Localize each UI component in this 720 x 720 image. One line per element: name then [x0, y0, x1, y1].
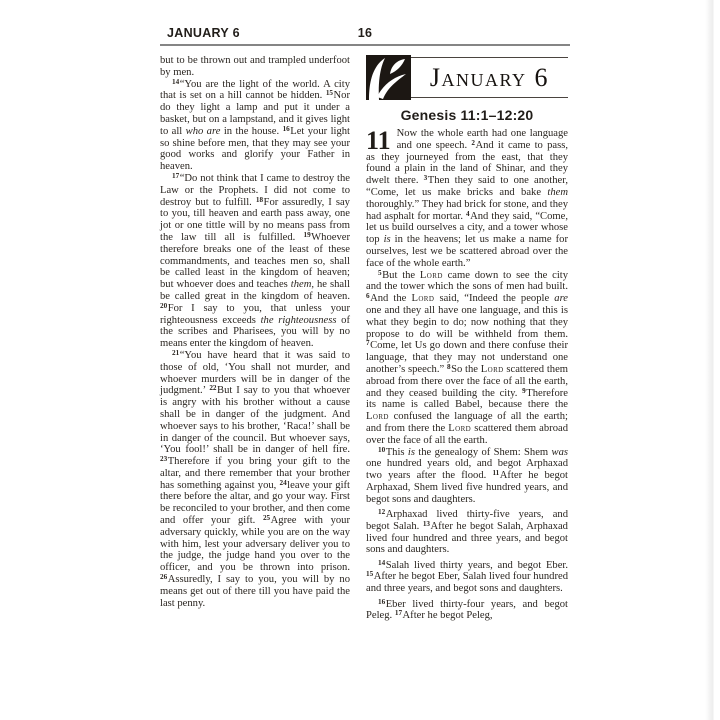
right-column: January 6 Genesis 11:1–12:20 11Now the w… — [366, 55, 568, 622]
verse-paragraph: 16Eber lived thirty-four years, and bego… — [366, 599, 568, 623]
verse-paragraph: but to be thrown out and trampled underf… — [160, 55, 350, 79]
divine-name-small-caps: Lord — [481, 364, 504, 375]
verse-text: After he begot Peleg, — [403, 610, 493, 621]
verse-text: This — [386, 447, 408, 458]
verse-text: “You are the light of the world. A city … — [160, 79, 350, 102]
bible-page: JANUARY 6 16 but to be thrown out and tr… — [160, 26, 570, 622]
verse-number: 14 — [378, 559, 385, 567]
verse-paragraph: 21“You have heard that it was said to th… — [160, 350, 350, 610]
verse-number: 2 — [471, 139, 475, 147]
verse-number: 22 — [209, 384, 216, 392]
verse-number: 20 — [160, 302, 167, 310]
left-column-text: but to be thrown out and trampled underf… — [160, 55, 350, 622]
divine-name-small-caps: Lord — [420, 270, 443, 281]
verse-paragraph: 12Arphaxad lived thirty-five years, and … — [366, 509, 568, 556]
page-edge-shadow — [705, 0, 714, 720]
verse-text: And the — [370, 293, 411, 304]
verse-paragraph: 14“You are the light of the world. A cit… — [160, 79, 350, 173]
verse-number: 25 — [263, 514, 270, 522]
verse-number: 24 — [279, 479, 286, 487]
verse-text: one and they all have one language, and … — [366, 305, 568, 340]
verse-paragraph: 11Now the whole earth had one language a… — [366, 128, 568, 270]
verse-text: in the heavens; let us make a name for o… — [366, 234, 568, 269]
chapter-number: 11 — [366, 128, 397, 151]
verse-number: 4 — [466, 210, 470, 218]
verse-number: 6 — [366, 292, 370, 300]
verse-number: 10 — [378, 446, 385, 454]
verse-number: 3 — [424, 174, 428, 182]
italic-supplied-text: who are — [186, 126, 221, 137]
day-title: January 6 — [411, 55, 568, 100]
verse-paragraph: 10This is the genealogy of Shem: Shem wa… — [366, 447, 568, 506]
italic-supplied-text: is — [408, 447, 415, 458]
italic-supplied-text: are — [554, 293, 568, 304]
verse-number: 16 — [378, 598, 385, 606]
right-column-text: 11Now the whole earth had one language a… — [366, 128, 568, 622]
verse-number: 11 — [492, 469, 499, 477]
italic-supplied-text: is — [384, 234, 391, 245]
verse-number: 17 — [395, 609, 402, 617]
verse-number: 13 — [423, 520, 430, 528]
verse-number: 19 — [303, 231, 310, 239]
running-head: JANUARY 6 16 — [160, 26, 570, 41]
italic-supplied-text: the righteousness — [261, 315, 337, 326]
leaf-sprout-icon — [366, 55, 411, 100]
italic-supplied-text: them — [547, 187, 568, 198]
verse-text: So the — [451, 364, 481, 375]
verse-number: 17 — [172, 172, 179, 180]
verse-text: said, “Indeed the people — [434, 293, 554, 304]
verse-number: 21 — [172, 349, 179, 357]
verse-number: 9 — [522, 387, 526, 395]
verse-paragraph: 14Salah lived thirty years, and begot Eb… — [366, 560, 568, 595]
verse-text: but to be thrown out and trampled underf… — [160, 55, 350, 78]
verse-paragraph: 5But the Lord came down to see the city … — [366, 270, 568, 447]
verse-number: 7 — [366, 339, 370, 347]
verse-number: 12 — [378, 508, 385, 516]
verse-text: the genealogy of Shem: Shem — [415, 447, 552, 458]
page-number: 16 — [358, 26, 373, 40]
verse-number: 18 — [256, 196, 263, 204]
two-column-text: but to be thrown out and trampled underf… — [160, 55, 570, 622]
running-head-title: JANUARY 6 — [167, 26, 240, 40]
verse-paragraph: 17“Do not think that I came to destroy t… — [160, 173, 350, 350]
header-rule — [160, 44, 570, 46]
verse-text: Assuredly, I say to you, you will by no … — [160, 574, 350, 609]
verse-text: in the house. — [220, 126, 282, 137]
verse-number: 8 — [447, 363, 451, 371]
verse-text: After he begot Eber, Salah lived four hu… — [366, 571, 568, 594]
verse-text: But the — [382, 270, 420, 281]
verse-number: 15 — [326, 89, 333, 97]
verse-number: 15 — [366, 570, 373, 578]
divine-name-small-caps: Lord — [411, 293, 434, 304]
italic-supplied-text: them, — [291, 279, 314, 290]
verse-number: 26 — [160, 573, 167, 581]
verse-number: 14 — [172, 78, 179, 86]
italic-supplied-text: was — [552, 447, 569, 458]
verse-number: 5 — [378, 269, 382, 277]
verse-number: 16 — [283, 125, 290, 133]
passage-reference: Genesis 11:1–12:20 — [366, 107, 568, 123]
verse-number: 23 — [160, 455, 167, 463]
divine-name-small-caps: Lord — [366, 411, 389, 422]
divine-name-small-caps: Lord — [448, 423, 471, 434]
verse-text: Salah lived thirty years, and begot Eber… — [386, 560, 568, 571]
day-banner: January 6 — [366, 55, 568, 100]
